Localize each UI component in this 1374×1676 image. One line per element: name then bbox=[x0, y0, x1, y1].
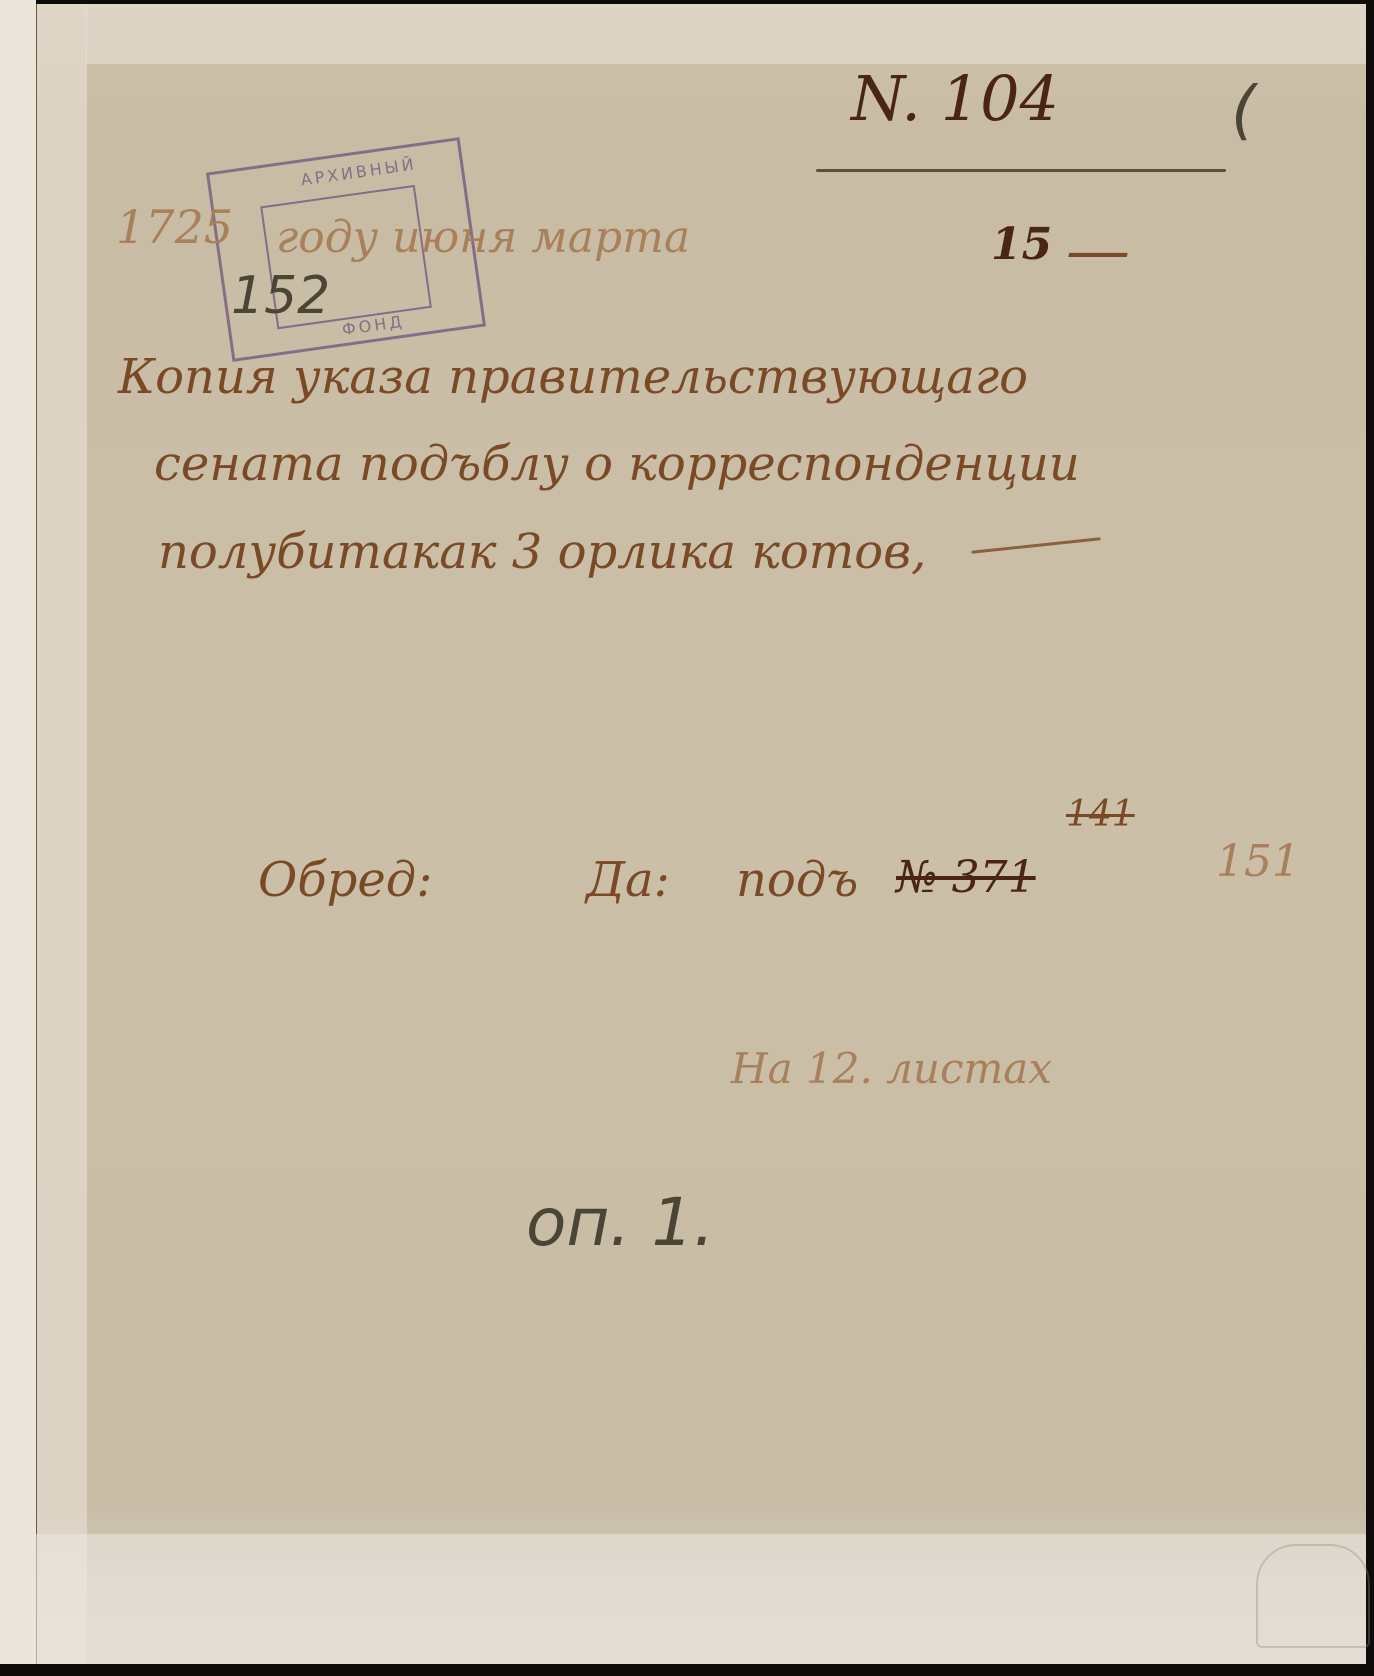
date-year: 1725 bbox=[116, 200, 233, 254]
register-struck-number: № 371 bbox=[896, 852, 1036, 903]
binding-strip bbox=[36, 4, 87, 1664]
register-above-number: 141 bbox=[1066, 794, 1135, 835]
document-page: N. 104 ( АРХИВНЫЙ ФОНД 152 1725 году июн… bbox=[36, 4, 1366, 1664]
body-line-2: сената подъблу о корреспонденции bbox=[154, 436, 1080, 492]
body-line-1: Копия указа правительствующаго bbox=[118, 349, 1028, 405]
register-word: подъ bbox=[736, 852, 858, 908]
date-flourish: — bbox=[1066, 214, 1130, 288]
mount-backing bbox=[0, 0, 36, 1664]
pencil-inventory-note: оп. 1. bbox=[526, 1184, 714, 1261]
register-prefix: Обред: bbox=[258, 852, 432, 908]
document-number-mark: ( bbox=[1231, 74, 1256, 148]
date-text: году июня марта bbox=[276, 212, 690, 263]
body-end-flourish bbox=[971, 537, 1101, 554]
register-mid: Да: bbox=[586, 852, 670, 908]
bottom-haze bbox=[36, 1534, 1366, 1664]
body-line-3: полубитакак 3 орлика котов, bbox=[158, 524, 926, 580]
document-number: N. 104 bbox=[851, 62, 1059, 135]
stamp-handwritten-number: 152 bbox=[231, 266, 330, 326]
number-underline bbox=[816, 169, 1226, 172]
top-haze bbox=[86, 4, 1366, 64]
register-right-number: 151 bbox=[1216, 836, 1300, 887]
faint-library-seal bbox=[1256, 1544, 1370, 1648]
date-day: 15 bbox=[991, 219, 1052, 270]
stamp-top-text: АРХИВНЫЙ bbox=[300, 154, 418, 189]
sheets-note: На 12. листах bbox=[731, 1044, 1052, 1093]
